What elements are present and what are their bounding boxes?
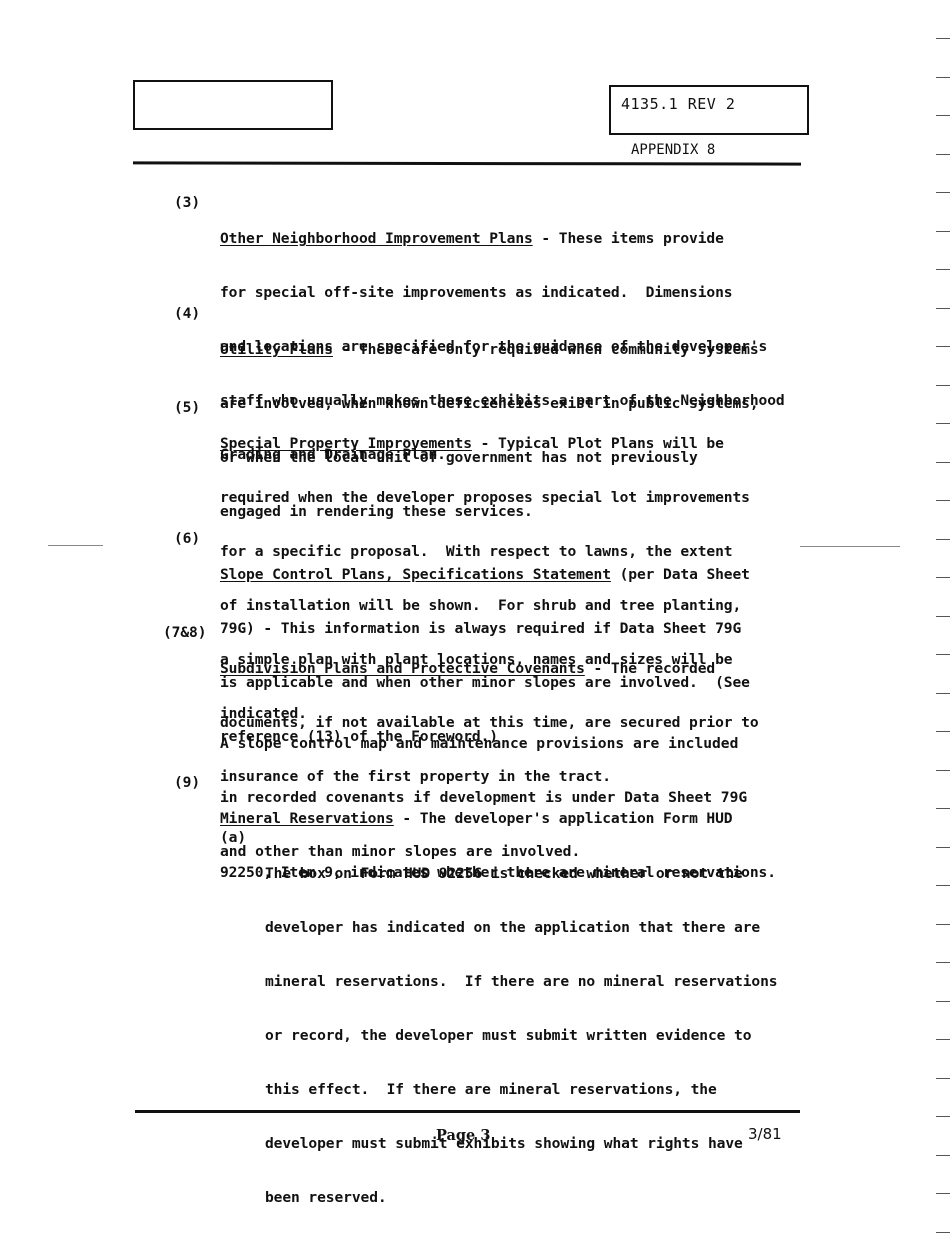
item-text: - These are only required when community…	[333, 341, 759, 358]
edge-tick	[936, 1155, 950, 1156]
edge-tick	[936, 577, 950, 578]
edge-tick	[936, 847, 950, 848]
item-number: (9)	[174, 774, 200, 792]
edge-tick	[936, 770, 950, 771]
item-title: Utility Plans	[220, 341, 333, 358]
edge-tick	[936, 616, 950, 617]
footer-rule	[135, 1110, 800, 1113]
item-text: - These items provide	[533, 230, 724, 247]
edge-tick	[936, 1078, 950, 1079]
edge-tick	[936, 346, 950, 347]
item-line: or record, the developer must submit wri…	[265, 1027, 778, 1045]
item-title: Special Property Improvements	[220, 435, 472, 452]
edge-tick	[936, 154, 950, 155]
edge-tick	[936, 731, 950, 732]
item-line: developer has indicated on the applicati…	[265, 919, 778, 937]
edge-tick	[936, 693, 950, 694]
edge-tick	[936, 1232, 950, 1233]
item-number: (3)	[174, 194, 200, 212]
edge-tick	[936, 962, 950, 963]
edge-tick	[936, 1116, 950, 1117]
item-line: been reserved.	[265, 1189, 778, 1207]
document-id: 4135.1 REV 2	[621, 95, 735, 113]
item-line: A slope control map and maintenance prov…	[220, 735, 747, 753]
edge-tick	[936, 500, 950, 501]
edge-tick	[936, 77, 950, 78]
document-page: 4135.1 REV 2 APPENDIX 8 (3) Other Neighb…	[0, 0, 950, 1239]
scan-artifact-right	[800, 546, 900, 547]
item-number: (7&8)	[163, 624, 206, 642]
edge-tick	[936, 231, 950, 232]
item-text: (per Data Sheet	[611, 566, 750, 583]
item-text: - Typical Plot Plans will be	[472, 435, 724, 452]
edge-tick	[936, 539, 950, 540]
edge-tick	[936, 385, 950, 386]
item-number: (4)	[174, 305, 200, 323]
edge-tick	[936, 654, 950, 655]
item-line: mineral reservations. If there are no mi…	[265, 973, 778, 991]
edge-tick	[936, 808, 950, 809]
blank-header-box	[133, 80, 333, 130]
item-title: Subdivision Plans and Protective Covenan…	[220, 660, 585, 677]
item-line: developer must submit exhibits showing w…	[265, 1135, 778, 1153]
item-line: required when the developer proposes spe…	[220, 489, 750, 507]
edge-tick	[936, 924, 950, 925]
edge-tick	[936, 308, 950, 309]
item-line: this effect. If there are mineral reserv…	[265, 1081, 778, 1099]
edge-tick	[936, 38, 950, 39]
edge-tick	[936, 115, 950, 116]
edge-tick	[936, 1193, 950, 1194]
edge-tick	[936, 885, 950, 886]
item-text: - The developer's application Form HUD	[394, 810, 733, 827]
scan-artifact-left	[48, 545, 103, 546]
item-number: (5)	[174, 399, 200, 417]
document-id-box: 4135.1 REV 2	[609, 85, 809, 135]
revision-date: 3/81	[748, 1125, 782, 1143]
item-line: for special off-site improvements as ind…	[220, 284, 785, 302]
item-title: Other Neighborhood Improvement Plans	[220, 230, 533, 247]
edge-tick	[936, 192, 950, 193]
appendix-label: APPENDIX 8	[631, 142, 715, 158]
edge-tick	[936, 462, 950, 463]
item-line: The box on Form HUD 92256 is checked whe…	[265, 865, 778, 883]
edge-tick	[936, 1001, 950, 1002]
item-text: - The recorded	[585, 660, 715, 677]
edge-tick	[936, 1039, 950, 1040]
item-number: (6)	[174, 530, 200, 548]
item-title: Slope Control Plans, Specifications Stat…	[220, 566, 611, 583]
edge-tick	[936, 269, 950, 270]
subitem-number: (a)	[220, 829, 246, 847]
header-rule	[133, 161, 801, 165]
edge-tick	[936, 423, 950, 424]
page-number: Page 3	[436, 1127, 490, 1144]
item-title: Mineral Reservations	[220, 810, 394, 827]
